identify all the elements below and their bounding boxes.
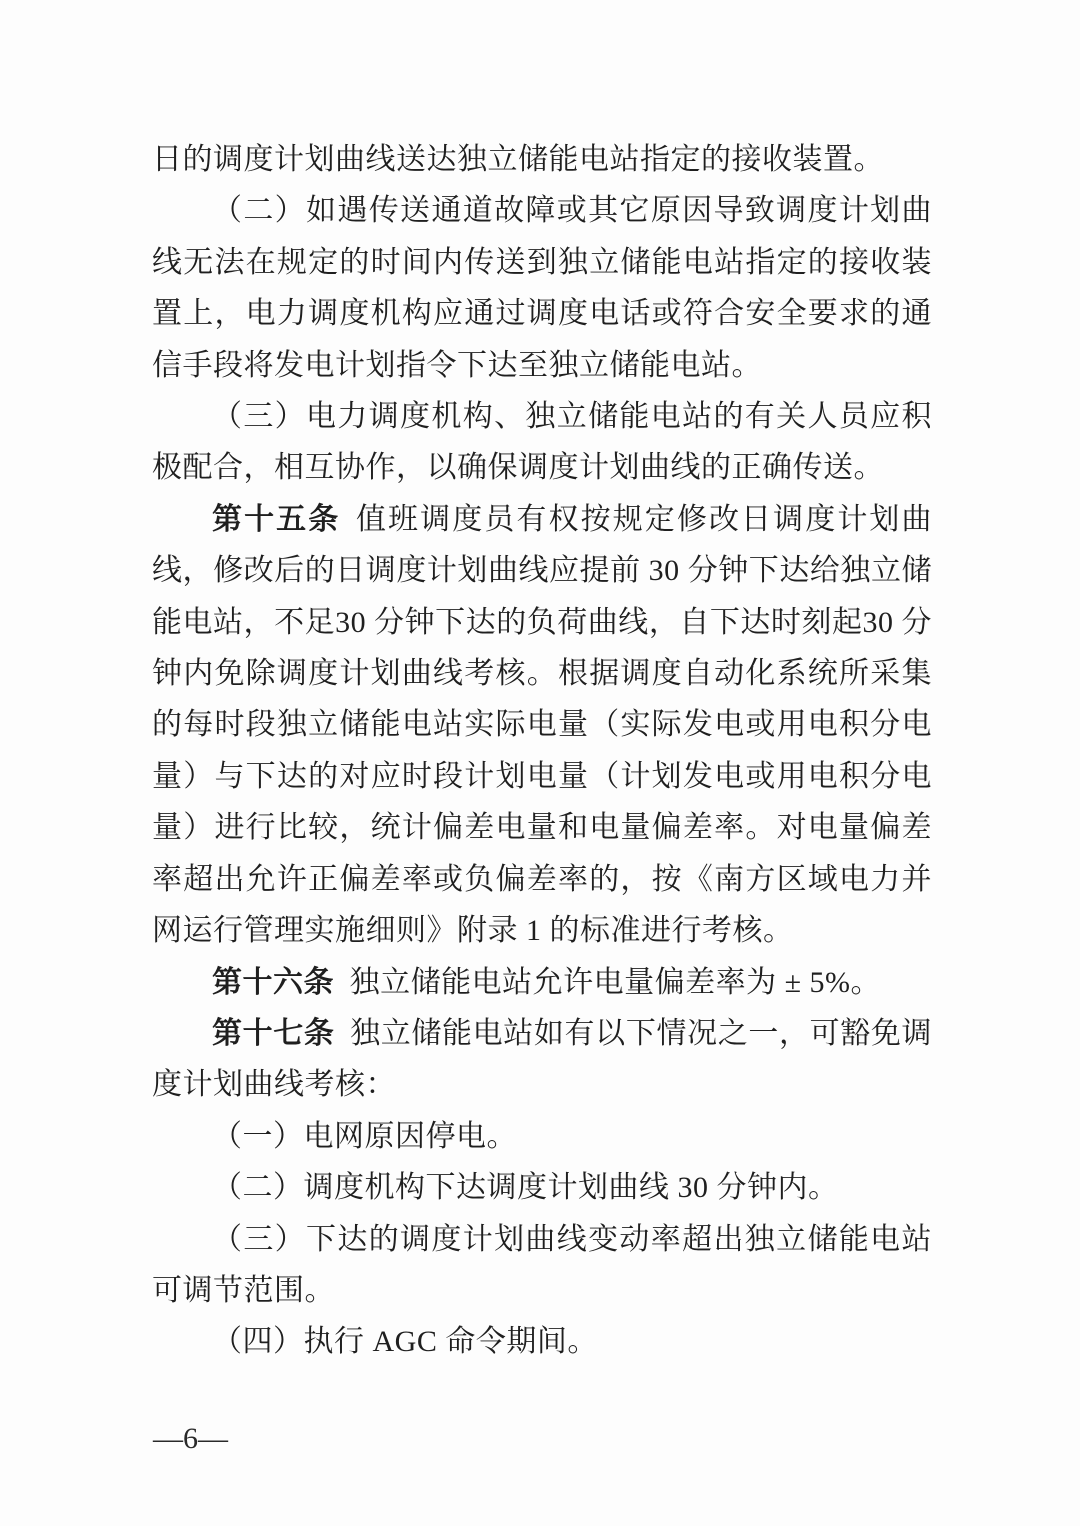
paragraph-text: 独立储能电站允许电量偏差率为 ± 5%。 (350, 966, 881, 999)
paragraph-text: 值班调度员有权按规定修改日调度计划曲线，修改后的日调度计划曲线应提前 30 分钟… (152, 503, 932, 947)
paragraph-text: 日的调度计划曲线送达独立储能电站指定的接收装置。 (152, 143, 884, 176)
document-page: 日的调度计划曲线送达独立储能电站指定的接收装置。 （二）如遇传送通道故障或其它原… (152, 134, 932, 1368)
exemption-clause-4: （四）执行 AGC 命令期间。 (152, 1316, 932, 1367)
exemption-clause-2: （二）调度机构下达调度计划曲线 30 分钟内。 (152, 1162, 932, 1213)
paragraph-text: （二）如遇传送通道故障或其它原因导致调度计划曲线无法在规定的时间内传送到独立储能… (152, 194, 932, 381)
clause-item-3-cooperation: （三）电力调度机构、独立储能电站的有关人员应积极配合，相互协作，以确保调度计划曲… (152, 391, 932, 494)
article-15: 第十五条值班调度员有权按规定修改日调度计划曲线，修改后的日调度计划曲线应提前 3… (152, 494, 932, 957)
article-17: 第十七条独立储能电站如有以下情况之一，可豁免调度计划曲线考核： (152, 1008, 932, 1111)
article-number: 第十五条 (212, 503, 340, 536)
paragraph-continuation: 日的调度计划曲线送达独立储能电站指定的接收装置。 (152, 134, 932, 185)
paragraph-text: （四）执行 AGC 命令期间。 (212, 1325, 598, 1358)
paragraph-text: （三）电力调度机构、独立储能电站的有关人员应积极配合，相互协作，以确保调度计划曲… (152, 400, 932, 484)
exemption-clause-3: （三）下达的调度计划曲线变动率超出独立储能电站可调节范围。 (152, 1214, 932, 1317)
exemption-clause-1: （一）电网原因停电。 (152, 1111, 932, 1162)
paragraph-text: （一）电网原因停电。 (212, 1120, 517, 1153)
paragraph-text: （二）调度机构下达调度计划曲线 30 分钟内。 (212, 1171, 839, 1204)
article-16: 第十六条独立储能电站允许电量偏差率为 ± 5%。 (152, 957, 932, 1008)
page-number: —6— (153, 1422, 228, 1456)
article-number: 第十七条 (212, 1017, 335, 1050)
paragraph-text: （三）下达的调度计划曲线变动率超出独立储能电站可调节范围。 (152, 1223, 932, 1307)
clause-item-2-transmission-failure: （二）如遇传送通道故障或其它原因导致调度计划曲线无法在规定的时间内传送到独立储能… (152, 185, 932, 391)
article-number: 第十六条 (212, 966, 334, 999)
